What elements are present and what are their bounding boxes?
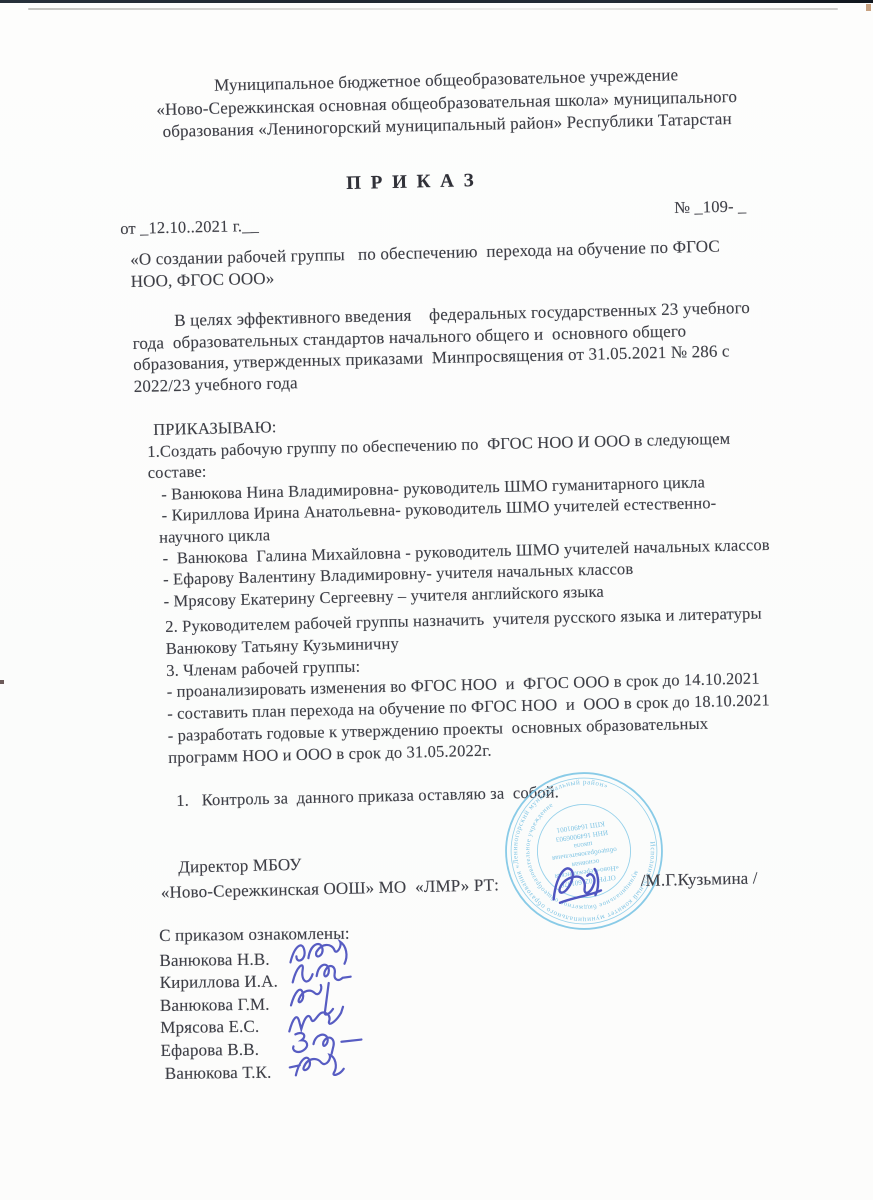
acknowledgement-section: С приказом ознакомлены: Ванюкова Н.В. Ки… — [159, 920, 581, 1085]
acknowledgement-name: Мрясова Е.С. — [160, 1017, 259, 1037]
order-title: П Р И К А З — [346, 170, 476, 195]
document-header: Муниципальное бюджетное общеобразователь… — [116, 62, 777, 145]
director-name: /М.Г.Кузьмина / — [640, 867, 757, 892]
acknowledgement-name: Ванюкова Г.М. — [160, 994, 270, 1014]
composition-section: 1.Создать рабочую группу по обеспечению … — [147, 427, 771, 612]
scanned-order-page: Муниципальное бюджетное общеобразователь… — [0, 0, 873, 1200]
order-date: от _12.10..2021 г.__ — [120, 215, 259, 240]
acknowledgement-name: Ефарова В.В. — [160, 1040, 259, 1060]
scanner-streak — [28, 8, 838, 10]
scan-speck-left — [0, 680, 4, 684]
order-preamble: В целях эффективного введения федеральны… — [132, 297, 752, 397]
acknowledgement-name: Ванюкова Н.В. — [159, 949, 269, 969]
scanner-edge-strip — [0, 0, 873, 3]
order-subject: «О создании рабочей группы по обеспечени… — [130, 236, 721, 294]
assignment-section: 2. Руководителем рабочей группы назначит… — [165, 602, 771, 768]
scan-speck-topright — [866, 4, 871, 11]
acknowledgement-name: Кириллова И.А. — [160, 972, 278, 992]
order-heading: ПРИКАЗЫВАЮ: — [153, 416, 277, 440]
acknowledgement-signature — [286, 1048, 368, 1087]
acknowledgement-row: Ванюкова Т.К. — [161, 1057, 581, 1085]
order-number: № _109- _ — [674, 195, 747, 218]
acknowledgement-name: Ванюкова Т.К. — [161, 1062, 272, 1082]
director-block: Директор МБОУ «Ново-Сережкинская ООШ» МО… — [160, 842, 781, 905]
